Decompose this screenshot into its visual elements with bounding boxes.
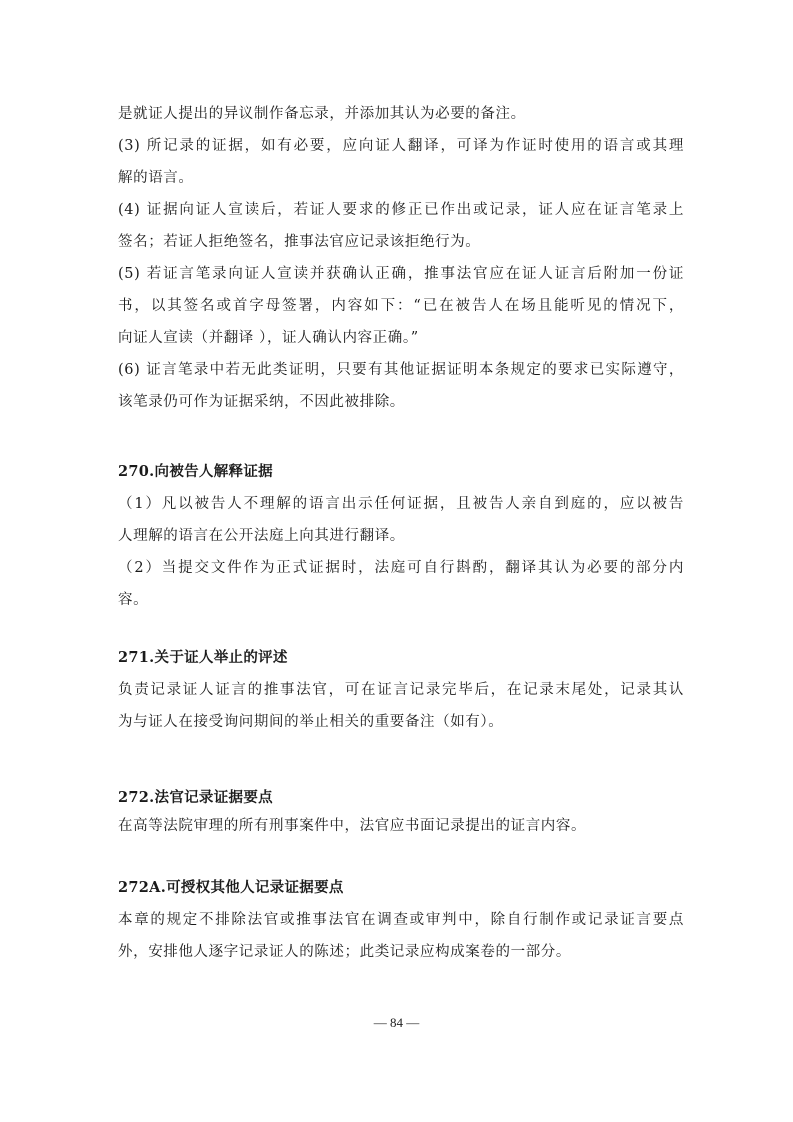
paragraph-line: 书，以其签名或首字母签署，内容如下：“已在被告人在场且能听见的情况下， <box>118 296 684 316</box>
section-heading: 272A.可授权其他人记录证据要点 <box>118 878 684 898</box>
paragraph-line: 解的语言。 <box>118 168 684 188</box>
paragraph-line: 容。 <box>118 590 684 610</box>
paragraph-line: (6) 证言笔录中若无此类证明，只要有其他证据证明本条规定的要求已实际遵守， <box>118 360 684 380</box>
page-number: — 84 — <box>0 1015 793 1031</box>
paragraph-line: 负责记录证人证言的推事法官，可在证言记录完毕后，在记录末尾处，记录其认 <box>118 680 684 700</box>
paragraph-line: (5) 若证言笔录向证人宣读并获确认正确，推事法官应在证人证言后附加一份证 <box>118 264 684 284</box>
section-heading: 272.法官记录证据要点 <box>118 788 684 808</box>
section-heading: 270.向被告人解释证据 <box>118 462 684 482</box>
paragraph-line: 外，安排他人逐字记录证人的陈述；此类记录应构成案卷的一部分。 <box>118 942 684 962</box>
paragraph-line: （2）当提交文件作为正式证据时，法庭可自行斟酌，翻译其认为必要的部分内 <box>118 558 684 578</box>
paragraph-line: 该笔录仍可作为证据采纳，不因此被排除。 <box>118 392 684 412</box>
paragraph-line: (4) 证据向证人宣读后，若证人要求的修正已作出或记录，证人应在证言笔录上 <box>118 200 684 220</box>
section-heading: 271.关于证人举止的评述 <box>118 648 684 668</box>
paragraph-line: 在高等法院审理的所有刑事案件中，法官应书面记录提出的证言内容。 <box>118 816 684 836</box>
paragraph-line: 是就证人提出的异议制作备忘录，并添加其认为必要的备注。 <box>118 104 684 124</box>
paragraph-line: （1）凡以被告人不理解的语言出示任何证据，且被告人亲自到庭的，应以被告 <box>118 494 684 514</box>
paragraph-line: 签名；若证人拒绝签名，推事法官应记录该拒绝行为。 <box>118 232 684 252</box>
paragraph-line: 向证人宣读（并翻译 ），证人确认内容正确。” <box>118 328 684 348</box>
paragraph-line: (3) 所记录的证据，如有必要，应向证人翻译，可译为作证时使用的语言或其理 <box>118 136 684 156</box>
paragraph-line: 本章的规定不排除法官或推事法官在调查或审判中，除自行制作或记录证言要点 <box>118 910 684 930</box>
paragraph-line: 人理解的语言在公开法庭上向其进行翻译。 <box>118 526 684 546</box>
paragraph-line: 为与证人在接受询问期间的举止相关的重要备注（如有）。 <box>118 712 684 732</box>
